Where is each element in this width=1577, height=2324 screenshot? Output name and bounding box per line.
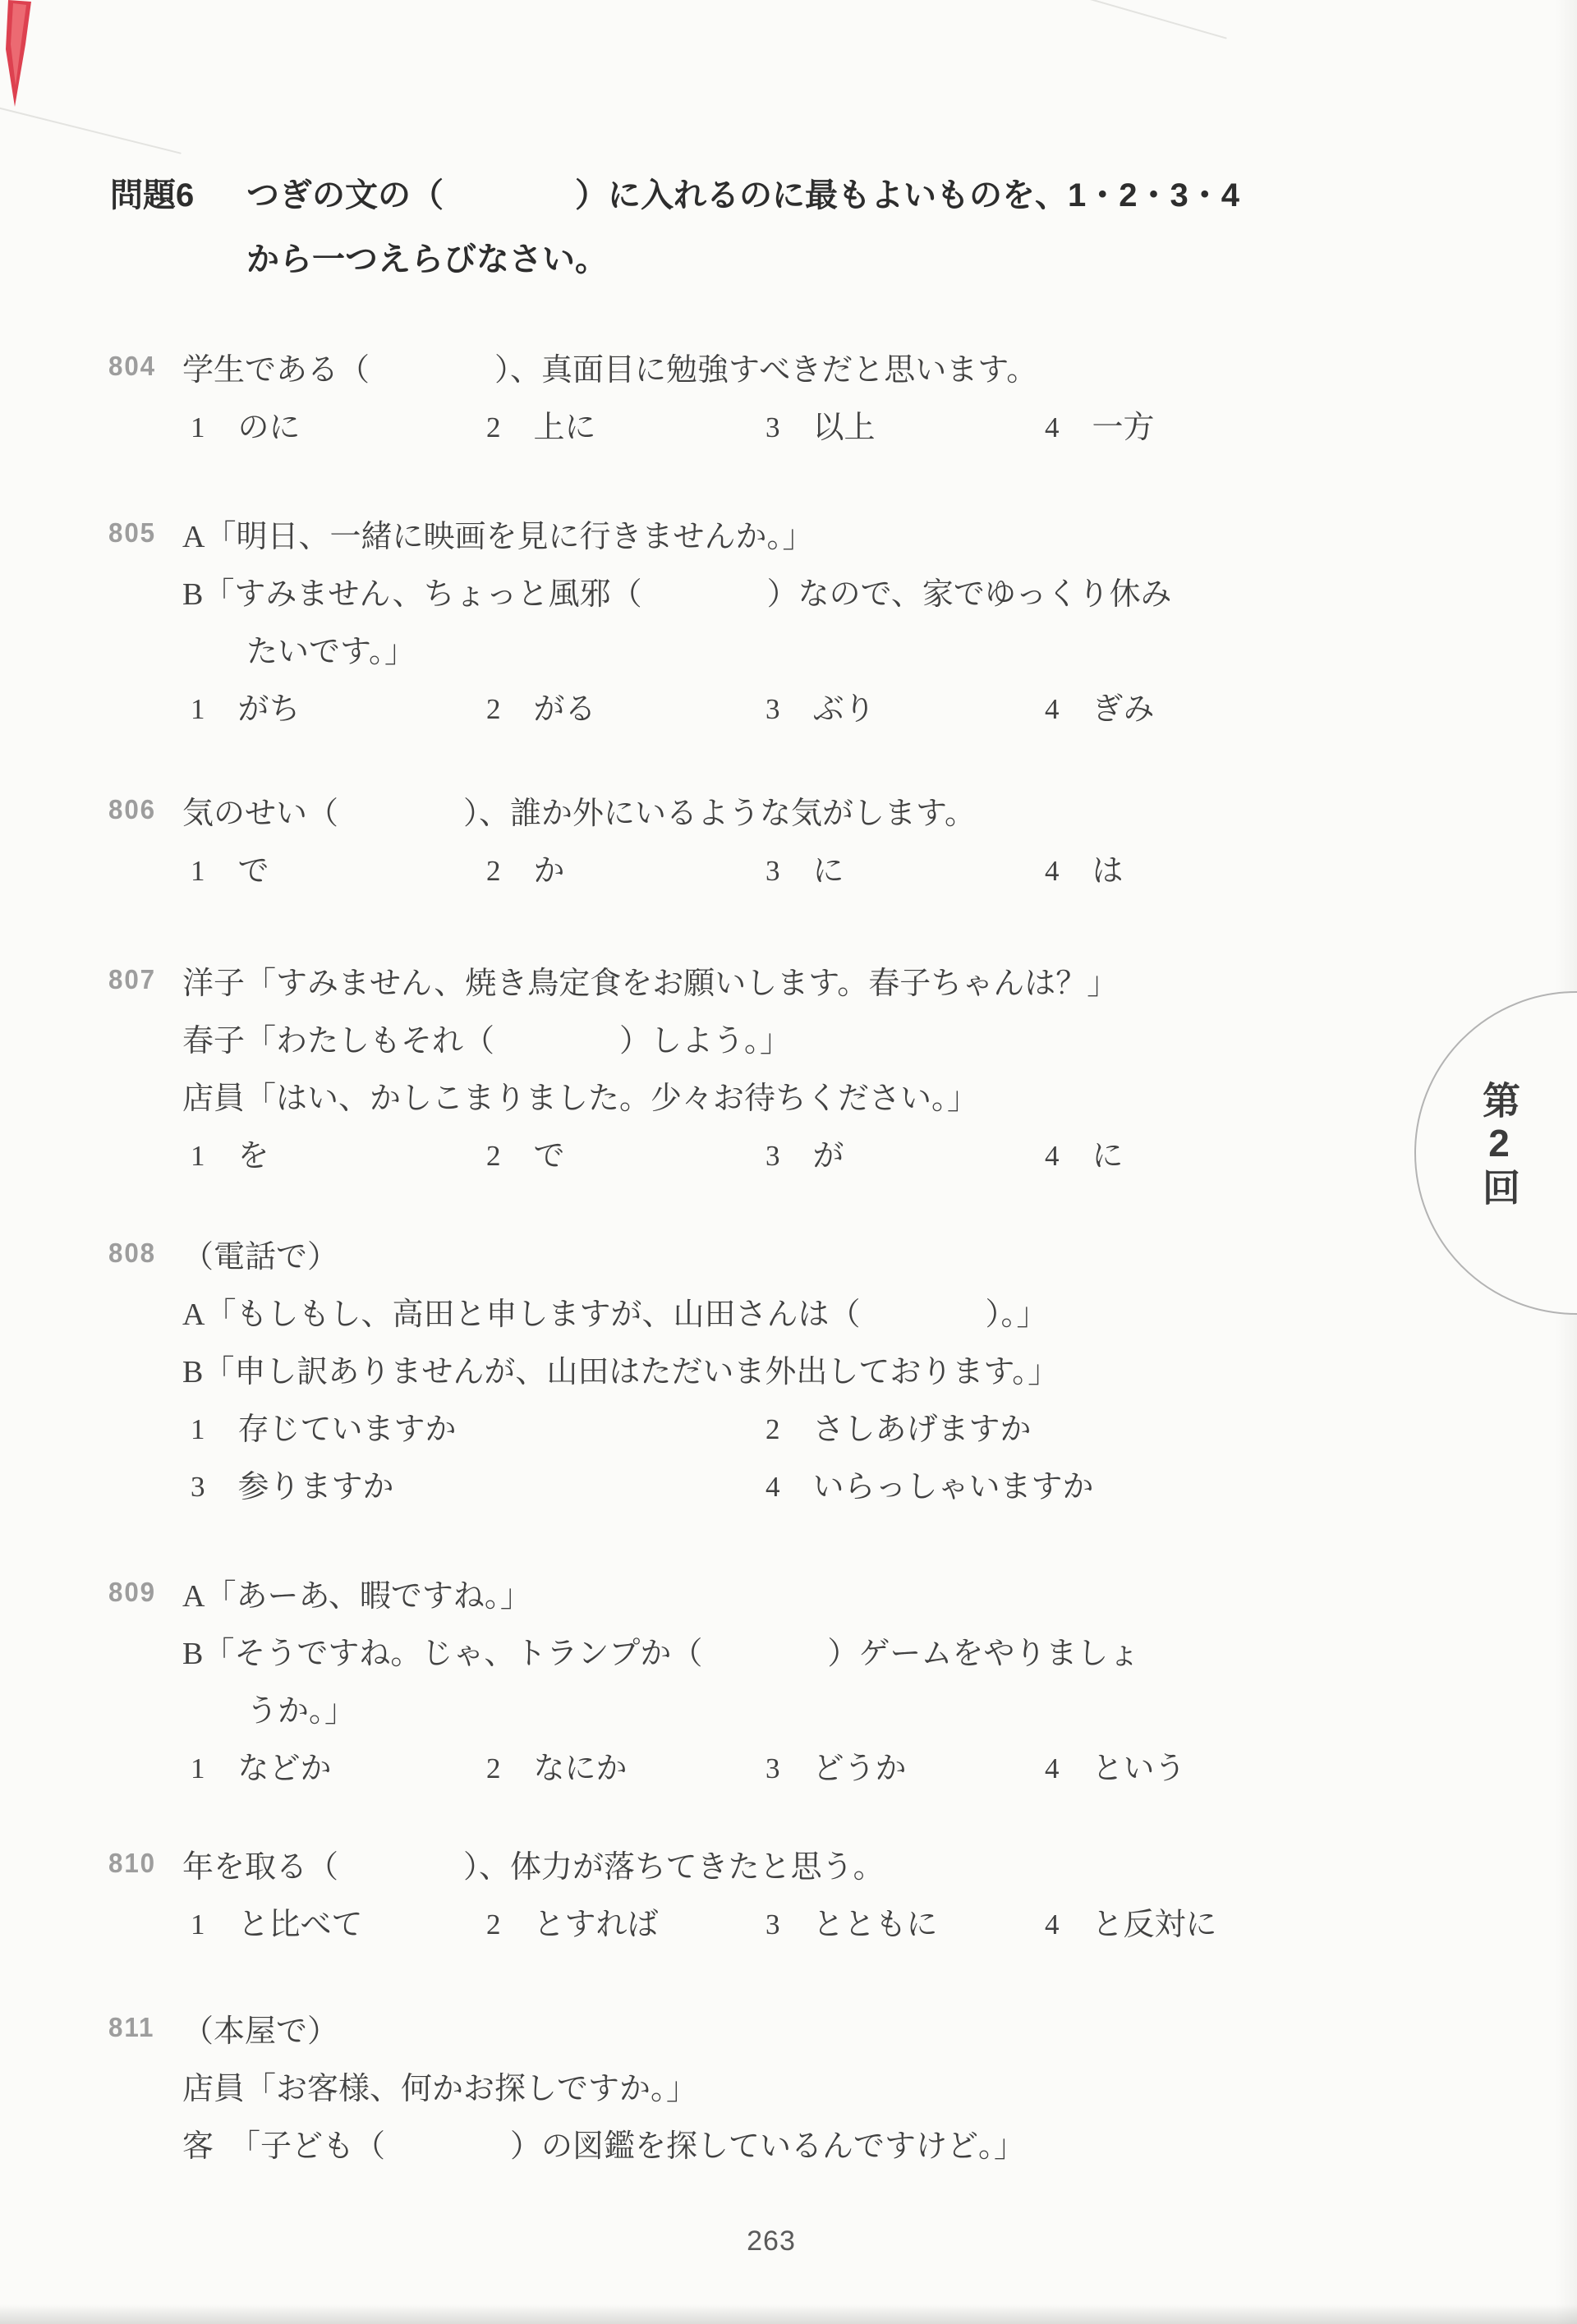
continuation-line: たいです。」: [246, 631, 1577, 688]
option-4: 4と反対に: [1045, 1904, 1217, 1946]
options-row: 1と比べて 2とすれば 3とともに 4と反対に: [0, 1904, 1577, 1961]
dialogue-line-b: B「申し訳ありませんが、山田はただいま外出しております。」: [182, 1351, 1577, 1408]
scan-crease: [1045, 0, 1227, 39]
options-row: 1のに 2上に 3以上 4一方: [0, 406, 1577, 464]
dialogue-line-haruko: 春子「わたしもそれ（ ）しよう。」: [182, 1020, 1577, 1077]
option-2: 2なにか: [486, 1748, 628, 1790]
question-805: 805 A「明日、一緒に映画を見に行きませんか。」 B「すみません、ちょっと風邪…: [0, 516, 1577, 746]
problem-number-label: 問題6: [110, 174, 194, 217]
dialogue-line-customer: 客 「子ども（ ）の図鑑を探しているんですけど。」: [182, 2125, 1577, 2183]
option-3: 3以上: [766, 406, 876, 449]
setting-line: （電話で）: [182, 1236, 1577, 1293]
option-4: 4いらっしゃいますか: [766, 1466, 1094, 1509]
options-row: 3参りますか 4いらっしゃいますか: [0, 1466, 1577, 1523]
instruction-line-2: から一つえらびなさい。: [246, 238, 608, 281]
question-number: 805: [108, 517, 156, 549]
question-number: 804: [108, 351, 156, 382]
question-number: 806: [108, 794, 156, 825]
option-4: 4に: [1045, 1135, 1124, 1178]
options-row: 1を 2で 3が 4に: [0, 1135, 1577, 1192]
question-stem: 気のせい（ ）、誰か外にいるような気がします。: [182, 792, 1577, 850]
option-2: 2か: [486, 850, 565, 893]
question-number: 807: [108, 964, 156, 995]
question-number: 811: [108, 2012, 154, 2043]
question-808: 808 （電話で） A「もしもし、高田と申しますが、山田さんは（ ）。」 B「申…: [0, 1236, 1577, 1523]
page-number: 263: [0, 2225, 1543, 2257]
option-2: 2がる: [486, 688, 596, 731]
question-809: 809 A「あーあ、暇ですね。」 B「そうですね。じゃ、トランプか（ ）ゲームを…: [0, 1575, 1577, 1805]
option-4: 4は: [1045, 850, 1124, 893]
option-1: 1と比べて: [191, 1904, 363, 1946]
question-number: 810: [108, 1848, 156, 1879]
question-stem: 学生である（ ）、真面目に勉強すべきだと思います。: [182, 349, 1577, 406]
option-2: 2で: [486, 1135, 565, 1178]
dialogue-line-clerk: 店員「はい、かしこまりました。少々お待ちください。」: [182, 1077, 1577, 1135]
option-1: 1を: [191, 1135, 269, 1178]
option-1: 1のに: [191, 406, 301, 449]
continuation-line: うか。」: [246, 1690, 1577, 1748]
dialogue-line-a: A「あーあ、暇ですね。」: [182, 1575, 1577, 1633]
dialogue-line-b: B「そうですね。じゃ、トランプか（ ）ゲームをやりましょ: [182, 1633, 1577, 1690]
option-2: 2とすれば: [486, 1904, 659, 1946]
options-row: 1がち 2がる 3ぶり 4ぎみ: [0, 688, 1577, 746]
setting-line: （本屋で）: [182, 2010, 1577, 2068]
torn-corner-mark: [3, 0, 41, 115]
option-3: 3とともに: [766, 1904, 938, 1946]
option-3: 3が: [766, 1135, 844, 1178]
question-804: 804 学生である（ ）、真面目に勉強すべきだと思います。 1のに 2上に 3以…: [0, 349, 1577, 464]
options-row: 1で 2か 3に 4は: [0, 850, 1577, 907]
option-4: 4一方: [1045, 406, 1155, 449]
option-3: 3参りますか: [191, 1466, 394, 1509]
question-number: 809: [108, 1577, 156, 1608]
question-807: 807 洋子「すみません、焼き鳥定食をお願いします。春子ちゃんは？」 春子「わた…: [0, 962, 1577, 1192]
dialogue-line-a: A「明日、一緒に映画を見に行きませんか。」: [182, 516, 1577, 573]
question-number: 808: [108, 1238, 156, 1269]
option-4: 4ぎみ: [1045, 688, 1155, 731]
option-1: 1で: [191, 850, 269, 893]
option-3: 3に: [766, 850, 844, 893]
options-row: 1存じていますか 2さしあげますか: [0, 1408, 1577, 1466]
scan-bottom-edge: [0, 2304, 1577, 2324]
option-3: 3どうか: [766, 1748, 907, 1790]
option-2: 2上に: [486, 406, 596, 449]
question-810: 810 年を取る（ ）、体力が落ちてきたと思う。 1と比べて 2とすれば 3とと…: [0, 1846, 1577, 1961]
option-3: 3ぶり: [766, 688, 876, 731]
dialogue-line-yoko: 洋子「すみません、焼き鳥定食をお願いします。春子ちゃんは？」: [182, 962, 1577, 1020]
question-811: 811 （本屋で） 店員「お客様、何かお探しですか。」 客 「子ども（ ）の図鑑…: [0, 2010, 1577, 2183]
dialogue-line-b: B「すみません、ちょっと風邪（ ）なので、家でゆっくり休み: [182, 573, 1577, 631]
question-806: 806 気のせい（ ）、誰か外にいるような気がします。 1で 2か 3に 4は: [0, 792, 1577, 907]
options-row: 1などか 2なにか 3どうか 4という: [0, 1748, 1577, 1805]
option-1: 1などか: [191, 1748, 332, 1790]
question-stem: 年を取る（ ）、体力が落ちてきたと思う。: [182, 1846, 1577, 1904]
option-4: 4という: [1045, 1748, 1186, 1790]
dialogue-line-clerk: 店員「お客様、何かお探しですか。」: [182, 2068, 1577, 2125]
instruction-line-1: つぎの文の（ ）に入れるのに最もよいものを、1・2・3・4: [246, 174, 1239, 217]
option-1: 1存じていますか: [191, 1408, 457, 1451]
option-1: 1がち: [191, 688, 301, 731]
option-2: 2さしあげますか: [766, 1408, 1032, 1451]
dialogue-line-a: A「もしもし、高田と申しますが、山田さんは（ ）。」: [182, 1293, 1577, 1351]
volume-tab-label: 第2回: [1475, 1081, 1523, 1209]
